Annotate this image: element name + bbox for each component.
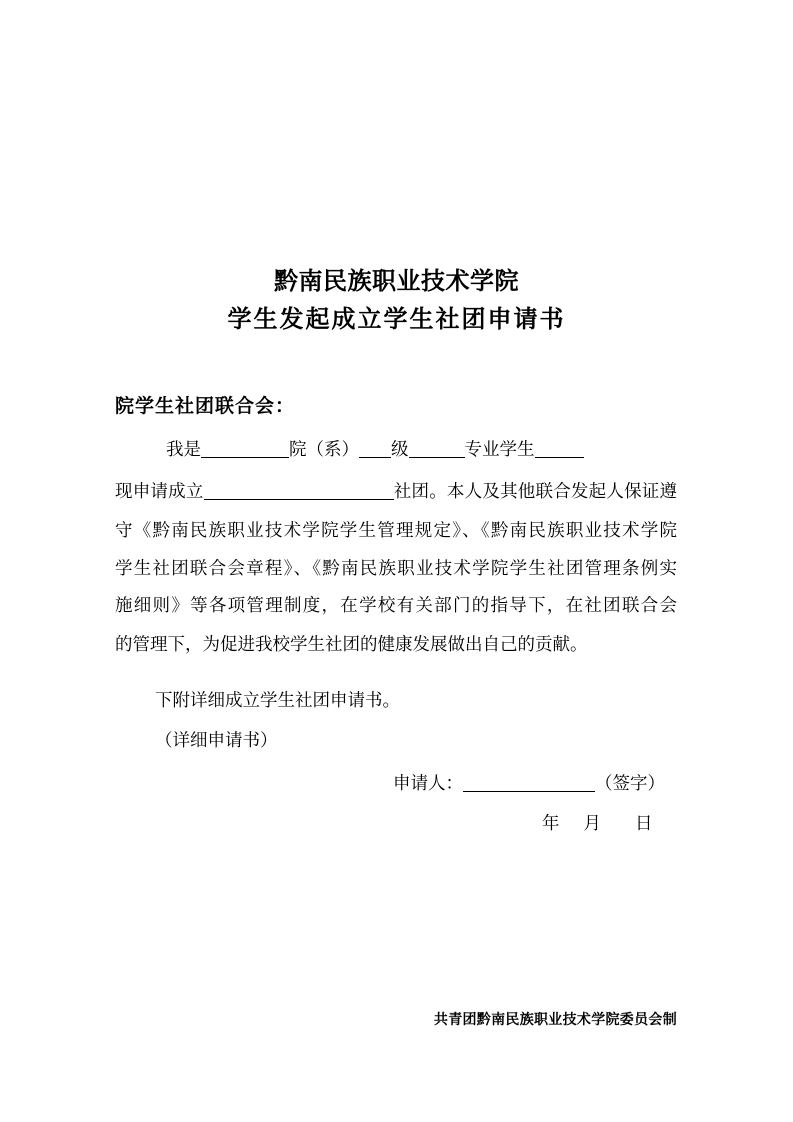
blank-field-major [409, 442, 465, 458]
intro-major-suffix: 专业学生 [465, 439, 535, 459]
attachment-note: 下附详细成立学生社团申请书。 [115, 689, 677, 711]
salutation: 院学生社团联合会： [115, 396, 677, 418]
intro-dept-suffix: 院（系） [289, 439, 359, 459]
attachment-placeholder: （详细申请书） [115, 729, 677, 751]
body-rules-line-4: 的管理下，为促进我校学生社团的健康发展做出自己的贡献。 [115, 633, 677, 655]
application-form-page: 黔南民族职业技术学院 学生发起成立学生社团申请书 院学生社团联合会： 我是院（系… [0, 0, 793, 1122]
apply-suffix: 社团。本人及其他联合发起人保证遵 [394, 481, 677, 501]
sign-note: （签字） [595, 773, 665, 793]
blank-field-year [359, 442, 391, 458]
apply-line: 现申请成立社团。本人及其他联合发起人保证遵 [115, 480, 677, 502]
month-label: 月 [584, 813, 602, 833]
doc-subtitle: 学生发起成立学生社团申请书 [0, 307, 793, 333]
intro-line: 我是院（系）级专业学生 [115, 438, 677, 460]
year-label: 年 [542, 813, 560, 833]
signature-line: 申请人：（签字） [115, 772, 677, 794]
body-rules-line-2: 学生社团联合会章程》、《黔南民族职业技术学院学生社团管理条例实 [115, 557, 677, 579]
body-rules-line-1: 守《黔南民族职业技术学院学生管理规定》、《黔南民族职业技术学院 [115, 519, 677, 541]
applicant-label: 申请人： [393, 773, 463, 793]
apply-prefix: 现申请成立 [115, 481, 204, 501]
intro-i-am: 我是 [166, 439, 201, 459]
body-rules-line-3: 施细则》等各项管理制度，在学校有关部门的指导下，在社团联合会 [115, 594, 677, 616]
blank-field-name [535, 442, 584, 458]
blank-field-college [201, 442, 289, 458]
date-line: 年月日 [115, 812, 677, 834]
footer-issuer: 共青团黔南民族职业技术学院委员会制 [115, 1010, 677, 1032]
intro-grade-suffix: 级 [391, 439, 409, 459]
day-label: 日 [635, 813, 653, 833]
blank-field-society-name [204, 484, 394, 500]
doc-title: 黔南民族职业技术学院 [0, 269, 793, 295]
blank-field-signature [463, 776, 595, 792]
